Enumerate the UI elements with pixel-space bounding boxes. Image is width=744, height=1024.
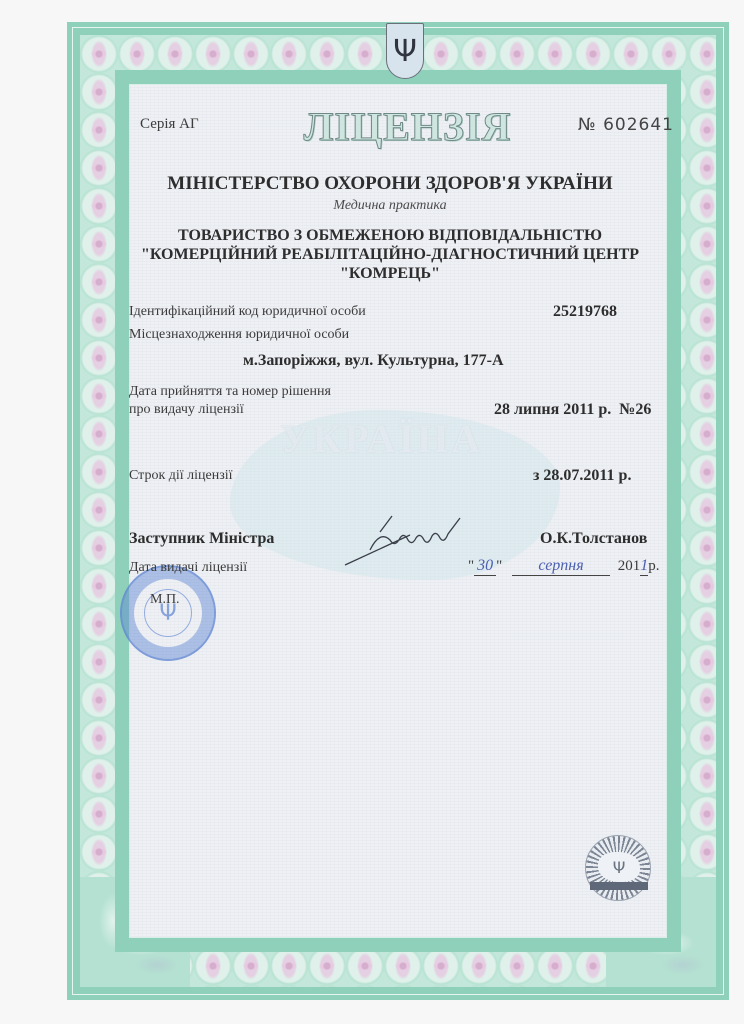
issue-year-prefix: 201 bbox=[618, 558, 641, 574]
location-value: м.Запоріжжя, вул. Культурна, 177-А bbox=[243, 352, 504, 370]
issue-year-unit: р. bbox=[648, 558, 659, 574]
seal-place-label: М.П. bbox=[150, 592, 180, 608]
decision-label-line-1: Дата прийняття та номер рішення bbox=[129, 384, 331, 400]
location-label: Місцезнаходження юридичної особи bbox=[129, 327, 349, 343]
ministry-name: МІНІСТЕРСТВО ОХОРОНИ ЗДОРОВ'Я УКРАЇНИ bbox=[110, 173, 670, 195]
hologram-map-icon: Ψ bbox=[598, 852, 640, 882]
quote-close: " bbox=[496, 558, 502, 574]
round-seal-icon: Ψ bbox=[120, 565, 216, 661]
id-code-label: Ідентифікаційний код юридичної особи bbox=[129, 304, 366, 320]
decision-value: 28 липня 2011 р. №26 bbox=[494, 401, 651, 419]
document-title: ЛІЦЕНЗІЯ bbox=[300, 103, 515, 150]
hologram-icon: Ψ bbox=[585, 835, 651, 901]
watermark-text: УКРАЇНА bbox=[280, 415, 483, 462]
signatory-position: Заступник Міністра bbox=[129, 530, 274, 548]
validity-value: з 28.07.2011 р. bbox=[533, 467, 631, 485]
validity-label: Строк дії ліцензії bbox=[129, 468, 233, 484]
trident-icon: Ψ bbox=[386, 23, 424, 79]
issue-day: 30 bbox=[474, 557, 496, 576]
signatory-name: О.К.Толстанов bbox=[540, 530, 647, 548]
decision-label-line-2: про видачу ліцензії bbox=[129, 402, 244, 418]
series-label: Серія АГ bbox=[140, 116, 199, 133]
id-code-value: 25219768 bbox=[553, 303, 617, 321]
activity-type: Медична практика bbox=[110, 198, 670, 214]
issue-month: серпня bbox=[512, 557, 610, 576]
license-number: № 602641 bbox=[578, 115, 674, 135]
issue-date: "30" серпня 2011р. bbox=[468, 557, 660, 576]
organization-line-3: "КОМРЕЦЬ" bbox=[110, 265, 670, 283]
organization-line-2: "КОМЕРЦІЙНИЙ РЕАБІЛІТАЦІЙНО-ДІАГНОСТИЧНИ… bbox=[110, 246, 670, 264]
hologram-band bbox=[590, 882, 648, 890]
issue-date-label: Дата видачі ліцензії bbox=[129, 560, 247, 576]
organization-line-1: ТОВАРИСТВО З ОБМЕЖЕНОЮ ВІДПОВІДАЛЬНІСТЮ bbox=[110, 227, 670, 245]
